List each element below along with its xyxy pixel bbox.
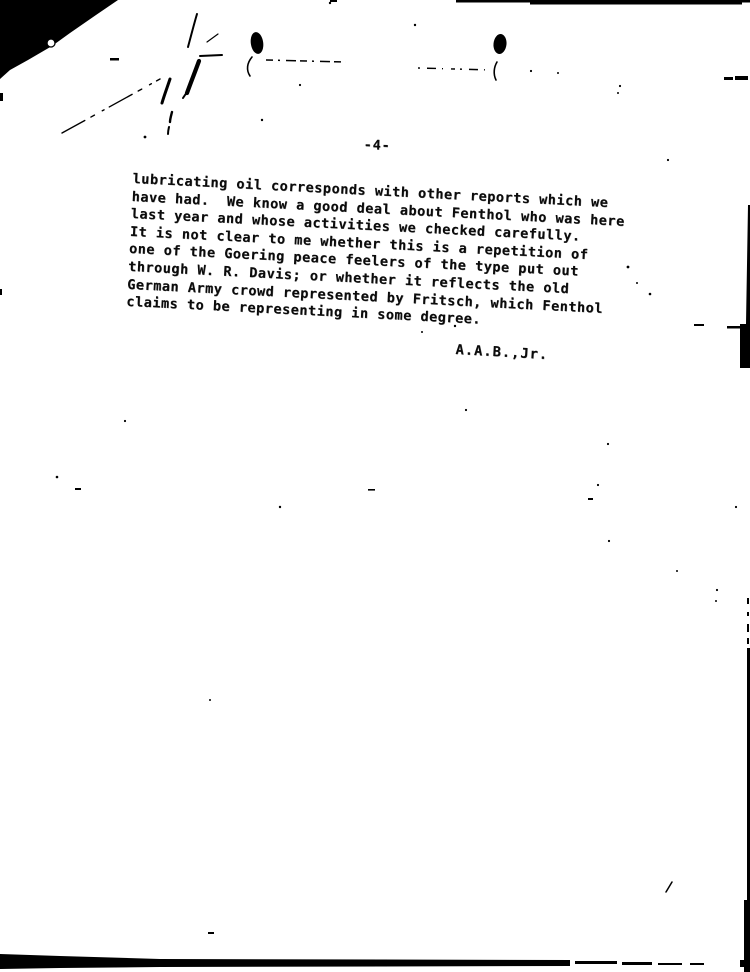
- corner-dash-artifact: [110, 58, 119, 61]
- ink-blot-right: [418, 33, 508, 80]
- top-edge-shadow: [330, 0, 750, 5]
- left-edge-nicks: [0, 93, 3, 295]
- ink-blot-left: [248, 31, 346, 76]
- page-number: -4-: [363, 137, 390, 154]
- body-paragraph: lubricating oil corresponds with other r…: [126, 171, 692, 340]
- signature-initials: A.A.B.,Jr.: [455, 342, 548, 363]
- bottom-edge-shadow: [0, 932, 704, 969]
- ring-mark-artifact: [47, 39, 55, 47]
- paper-specks: [56, 2, 741, 701]
- torn-corner-artifact: [0, 0, 118, 79]
- scanned-document-page: -4- lubricating oil corresponds with oth…: [0, 0, 750, 972]
- right-edge-shadow: [724, 76, 750, 972]
